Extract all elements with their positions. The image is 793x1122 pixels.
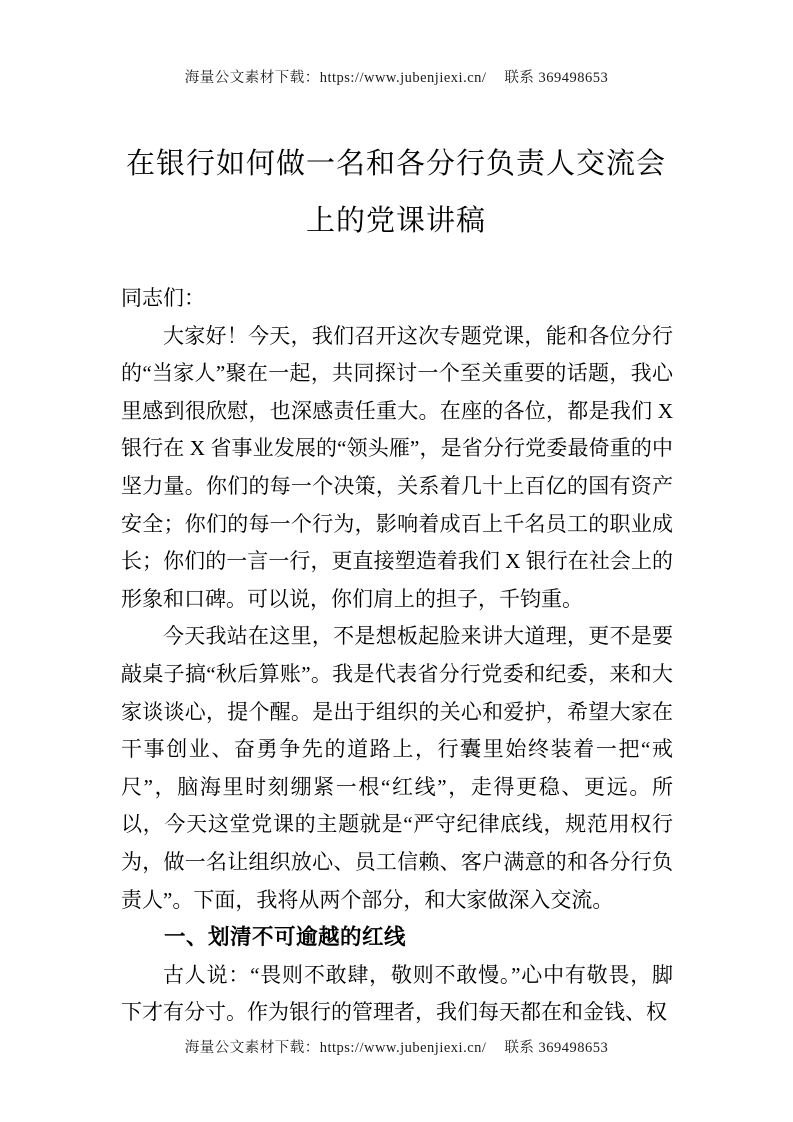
page-footer-watermark: 海量公文素材下载：https://www.jubenjiexi.cn/联系 36… — [0, 1036, 793, 1057]
header-contact: 联系 369498653 — [504, 70, 608, 86]
footer-contact: 联系 369498653 — [504, 1040, 608, 1056]
header-download-label: 海量公文素材下载： — [185, 70, 320, 86]
section-heading-1: 一、划清不可逾越的红线 — [121, 919, 673, 957]
document-page: 海量公文素材下载：https://www.jubenjiexi.cn/联系 36… — [0, 0, 793, 1122]
footer-url: https://www.jubenjiexi.cn/ — [320, 1040, 487, 1056]
paragraph-body: 大家好！今天，我们召开这次专题党课，能和各位分行的“当家人”聚在一起，共同探讨一… — [121, 318, 673, 619]
footer-download-label: 海量公文素材下载： — [185, 1040, 320, 1056]
paragraph-body: 今天我站在这里，不是想板起脸来讲大道理，更不是要敲桌子搞“秋后算账”。我是代表省… — [121, 618, 673, 919]
header-url: https://www.jubenjiexi.cn/ — [320, 70, 487, 86]
document-title-line2: 上的党课讲稿 — [96, 193, 696, 250]
paragraph-body: 古人说：“畏则不敢肆，敬则不敢慢。”心中有敬畏，脚下才有分寸。作为银行的管理者，… — [121, 957, 673, 1032]
document-title: 在银行如何做一名和各分行负责人交流会 上的党课讲稿 — [96, 136, 696, 250]
document-body: 同志们： 大家好！今天，我们召开这次专题党课，能和各位分行的“当家人”聚在一起，… — [121, 280, 673, 1032]
document-title-line1: 在银行如何做一名和各分行负责人交流会 — [96, 136, 696, 193]
page-header-watermark: 海量公文素材下载：https://www.jubenjiexi.cn/联系 36… — [0, 66, 793, 87]
paragraph-salutation: 同志们： — [121, 280, 673, 318]
